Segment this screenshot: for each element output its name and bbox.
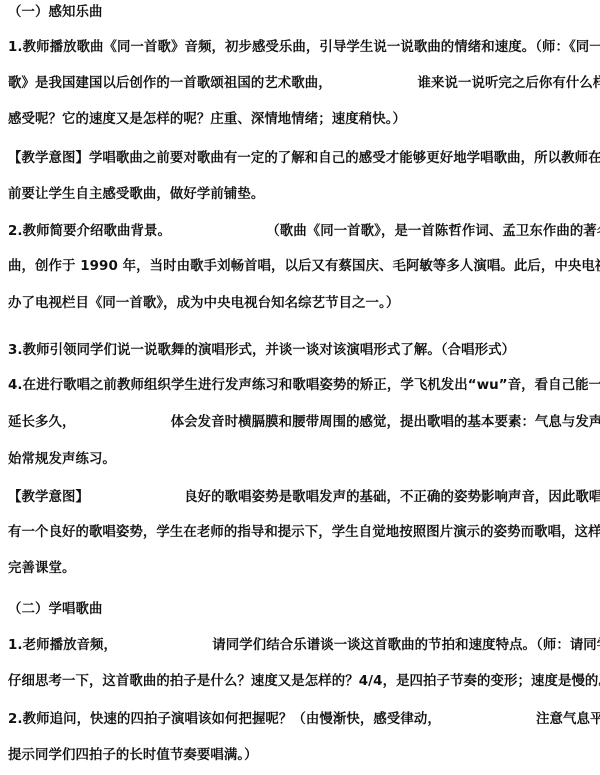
paragraph-line: 办了电视栏目《同一首歌》，成为中央电视台知名综艺节目之一。）	[8, 295, 592, 313]
paragraph-line: 【教学意图】学唱歌曲之前要对歌曲有一定的了解和自己的感受才能够更好地学唱歌曲，所…	[8, 150, 592, 168]
paragraph-line: 2.教师简要介绍歌曲背景。 （歌曲《同一首歌》，是一首陈哲作词、孟卫东作曲的著名…	[8, 223, 592, 241]
document-page: （一）感知乐曲 1.教师播放歌曲《同一首歌》音频，初步感受乐曲，引导学生说一说歌…	[0, 0, 600, 775]
paragraph-line: 仔细思考一下，这首歌曲的拍子是什么？速度又是怎样的？4/4，是四拍子节奏的变形；…	[8, 673, 592, 691]
section-heading-1: （一）感知乐曲	[8, 4, 592, 22]
paragraph-line: 完善课堂。	[8, 560, 592, 578]
paragraph-line: 有一个良好的歌唱姿势，学生在老师的指导和提示下，学生自觉地按照图片演示的姿势而歌…	[8, 524, 592, 542]
section-heading-2: （二）学唱歌曲	[8, 601, 592, 619]
paragraph-line: 提示同学们四拍子的长时值节奏要唱满。）	[8, 747, 592, 765]
paragraph-line: 1.老师播放音频， 请同学们结合乐谱谈一谈这首歌曲的节拍和速度特点。（师：请同学…	[8, 637, 592, 655]
paragraph-line: 4.在进行歌唱之前教师组织学生进行发声练习和歌唱姿势的矫正，学飞机发出“wu”音…	[8, 377, 592, 395]
paragraph-line: 【教学意图】 良好的歌唱姿势是歌唱发声的基础，不正确的姿势影响声音，因此歌唱必需	[8, 489, 592, 507]
paragraph-line: 前要让学生自主感受歌曲，做好学前铺垫。	[8, 186, 592, 204]
paragraph-line: 曲，创作于 1990 年，当时由歌手刘畅首唱，以后又有蔡国庆、毛阿敏等多人演唱。…	[8, 258, 592, 276]
paragraph-line: 歌》是我国建国以后创作的一首歌颂祖国的艺术歌曲， 谁来说一说听完之后你有什么样的	[8, 75, 592, 93]
paragraph-line: 2.教师追问，快速的四拍子演唱该如何把握呢？（由慢渐快，感受律动， 注意气息平稳…	[8, 711, 592, 729]
paragraph-line: 始常规发声练习。	[8, 451, 592, 469]
paragraph-line: 1.教师播放歌曲《同一首歌》音频，初步感受乐曲，引导学生说一说歌曲的情绪和速度。…	[8, 39, 592, 57]
paragraph-line: 3.教师引领同学们说一说歌舞的演唱形式，并谈一谈对该演唱形式了解。（合唱形式）	[8, 342, 592, 360]
paragraph-line: 感受呢？它的速度又是怎样的呢？庄重、深情地情绪；速度稍快。）	[8, 111, 592, 129]
paragraph-line: 延长多久， 体会发音时横膈膜和腰带周围的感觉，提出歌唱的基本要素：气息与发声。开	[8, 414, 592, 432]
